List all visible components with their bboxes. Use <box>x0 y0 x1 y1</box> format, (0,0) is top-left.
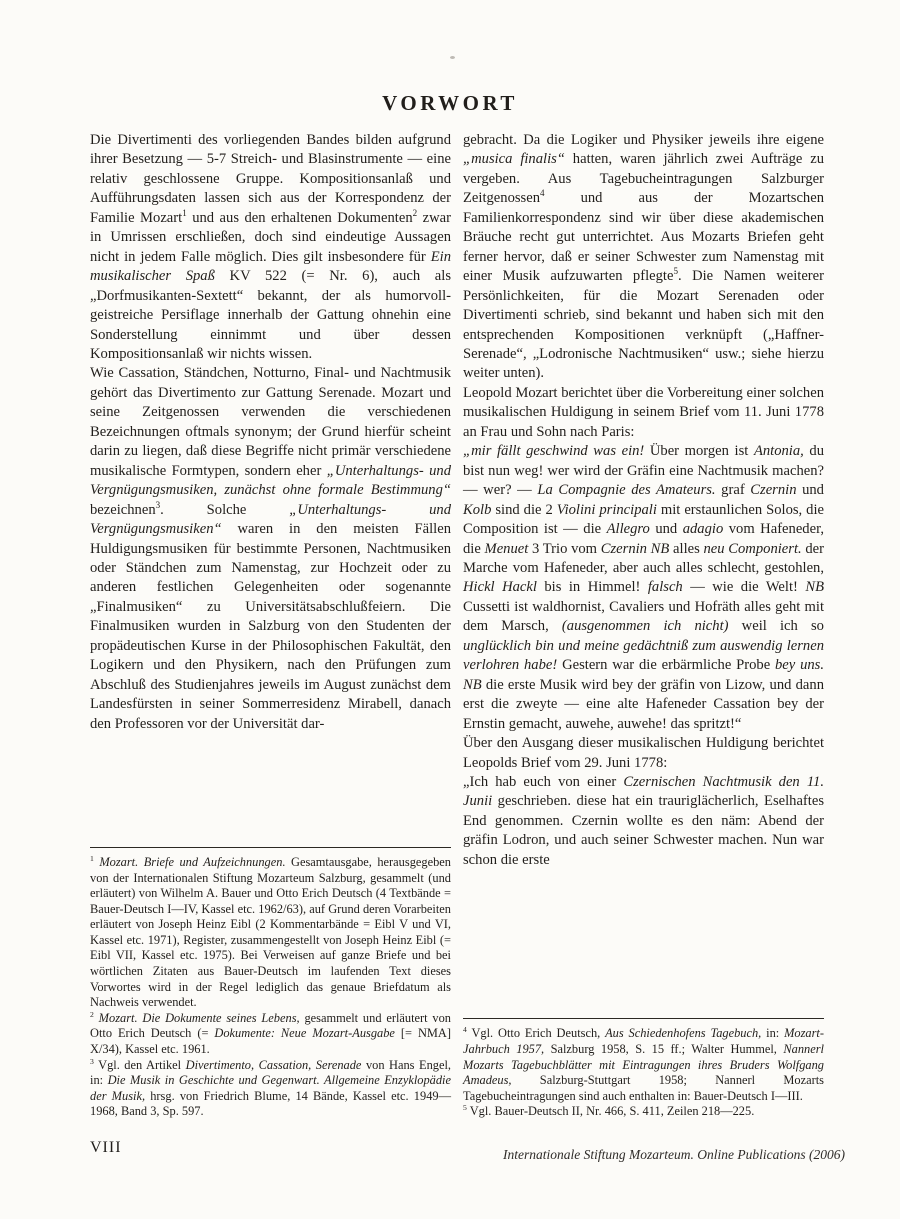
footnote-1: 1 Mozart. Briefe und Aufzeichnungen. Ges… <box>90 855 451 1011</box>
paragraph: gebracht. Da die Logiker und Physiker je… <box>463 131 824 384</box>
left-body-text: Die Divertimenti des vorliegenden Bandes… <box>90 131 451 734</box>
footnote-4: 4 Vgl. Otto Erich Deutsch, Aus Schiedenh… <box>463 1026 824 1104</box>
paragraph: „Ich hab euch von einer Czernischen Nach… <box>463 773 824 870</box>
left-footnotes: 1 Mozart. Briefe und Aufzeichnungen. Ges… <box>90 847 451 1120</box>
paragraph: Leopold Mozart berichtet über die Vorber… <box>463 384 824 442</box>
footnote-separator <box>463 1018 824 1019</box>
footnote-5: 5 Vgl. Bauer-Deutsch II, Nr. 466, S. 411… <box>463 1104 824 1120</box>
right-footnotes: 4 Vgl. Otto Erich Deutsch, Aus Schiedenh… <box>463 1018 824 1120</box>
footnote-3: 3 Vgl. den Artikel Divertimento, Cassati… <box>90 1058 451 1120</box>
column-right: gebracht. Da die Logiker und Physiker je… <box>463 131 824 1120</box>
page-title: VORWORT <box>0 91 900 116</box>
page-number: VIII <box>90 1139 122 1157</box>
paragraph: „mir fällt geschwind was ein! Über morge… <box>463 442 824 734</box>
footnote-2: 2 Mozart. Die Dokumente seines Lebens, g… <box>90 1011 451 1058</box>
right-body-text: gebracht. Da die Logiker und Physiker je… <box>463 131 824 870</box>
footnote-separator <box>90 847 451 848</box>
footer-credit: Internationale Stiftung Mozarteum. Onlin… <box>503 1147 845 1163</box>
paragraph: Über den Ausgang dieser musikalischen Hu… <box>463 734 824 773</box>
document-page: VORWORT Die Divertimenti des vorliegende… <box>0 0 900 1219</box>
paragraph: Die Divertimenti des vorliegenden Bandes… <box>90 131 451 364</box>
paragraph: Wie Cassation, Ständchen, Notturno, Fina… <box>90 364 451 734</box>
column-left: Die Divertimenti des vorliegenden Bandes… <box>90 131 451 1120</box>
text-columns: Die Divertimenti des vorliegenden Bandes… <box>90 131 824 1120</box>
scan-artifact <box>450 56 455 59</box>
